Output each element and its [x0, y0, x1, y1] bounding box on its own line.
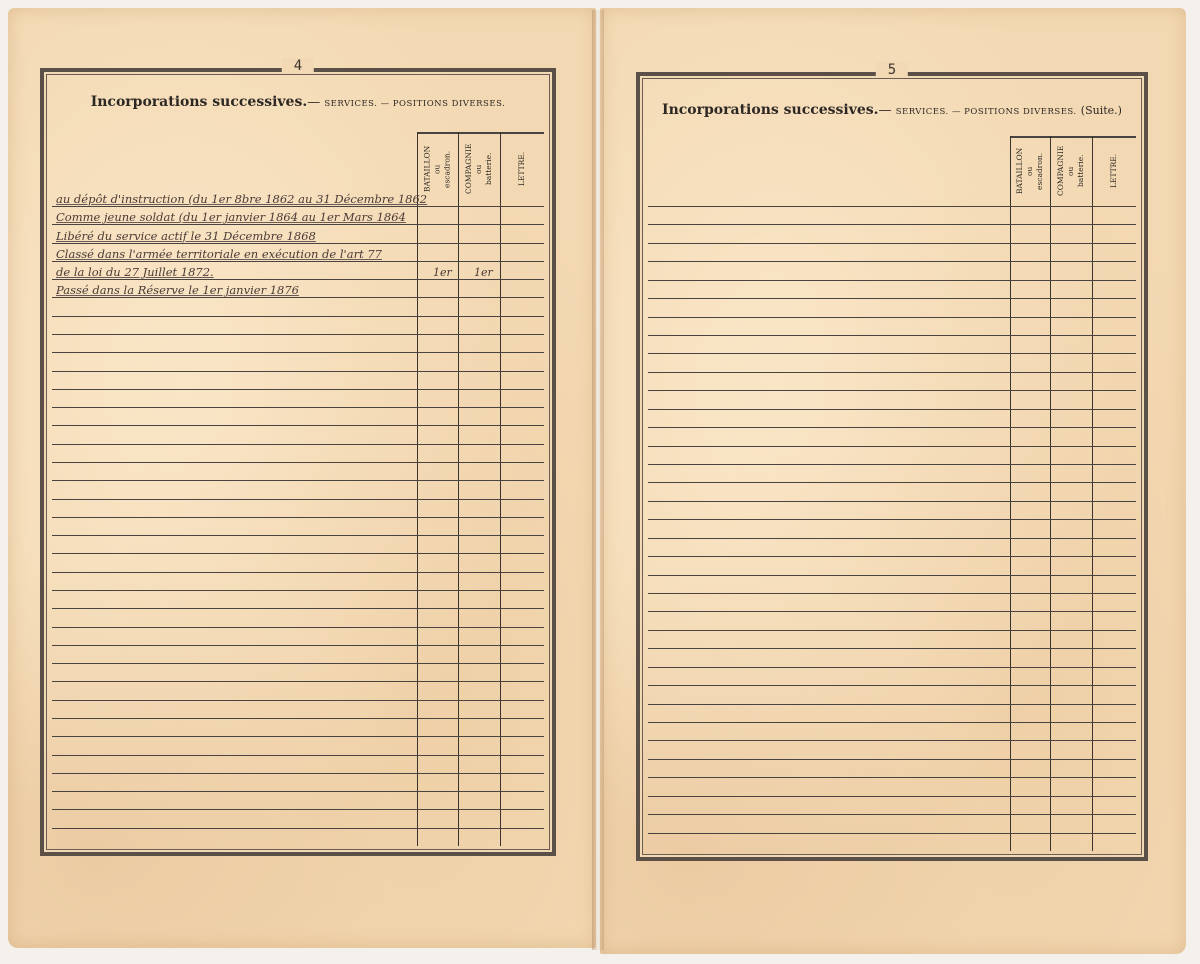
row-rule	[648, 722, 1136, 723]
page-number: 4	[282, 58, 314, 74]
row-rule	[648, 501, 1136, 502]
row-rule	[648, 685, 1136, 686]
row-rule	[52, 261, 544, 262]
title-sub: SERVICES. — POSITIONS DIVERSES.	[896, 107, 1077, 117]
row-rule	[648, 611, 1136, 612]
row-rule	[52, 681, 544, 682]
row-rule	[52, 462, 544, 463]
row-rule	[52, 773, 544, 774]
row-rule	[52, 316, 544, 317]
row-rule	[52, 718, 544, 719]
handwritten-entry: de la loi du 27 Juillet 1872.	[56, 265, 214, 279]
row-rule	[648, 814, 1136, 815]
column-divider	[500, 132, 501, 846]
row-rule	[648, 427, 1136, 428]
row-rule	[52, 371, 544, 372]
row-rule	[52, 499, 544, 500]
row-rule	[52, 297, 544, 298]
column-header: COMPAGNIE ou batterie.	[1050, 138, 1092, 204]
cell-entry: 1er	[474, 266, 493, 279]
column-header: LETTRE.	[1092, 138, 1136, 204]
row-rule	[52, 828, 544, 829]
row-rule	[52, 243, 544, 244]
row-rule	[52, 444, 544, 445]
row-rule	[648, 372, 1136, 373]
row-rule	[52, 407, 544, 408]
row-rule	[52, 334, 544, 335]
row-rule	[648, 630, 1136, 631]
row-rule	[648, 648, 1136, 649]
title-suffix: (Suite.)	[1081, 104, 1122, 117]
row-rule	[648, 538, 1136, 539]
book-gutter	[592, 10, 604, 950]
column-header: COMPAGNIE ou batterie.	[458, 134, 500, 204]
row-rule	[52, 791, 544, 792]
row-rule	[52, 279, 544, 280]
row-rule	[648, 409, 1136, 410]
row-rule	[648, 353, 1136, 354]
cell-entry: 1er	[433, 266, 452, 279]
ledger-table: BATAILLON ou escadron.COMPAGNIE ou batte…	[648, 136, 1136, 851]
row-rule	[52, 663, 544, 664]
row-rule	[52, 755, 544, 756]
row-rule	[648, 740, 1136, 741]
row-rule	[52, 535, 544, 536]
ledger-table: BATAILLON ou escadron.COMPAGNIE ou batte…	[52, 132, 544, 846]
row-rule	[648, 777, 1136, 778]
title-main: Incorporations successives.	[91, 94, 308, 110]
row-rule	[648, 593, 1136, 594]
row-rule	[648, 464, 1136, 465]
page-title: Incorporations successives.— SERVICES. —…	[640, 102, 1144, 118]
row-rule	[52, 206, 544, 207]
row-rule	[52, 627, 544, 628]
row-rule	[648, 556, 1136, 557]
row-rule	[52, 736, 544, 737]
page-title: Incorporations successives.— SERVICES. —…	[44, 94, 552, 110]
row-rule	[52, 645, 544, 646]
title-main: Incorporations successives.	[662, 102, 879, 118]
row-rule	[52, 425, 544, 426]
column-header: LETTRE.	[500, 134, 544, 204]
row-rule	[648, 335, 1136, 336]
left-page-frame: 4 Incorporations successives.— SERVICES.…	[40, 68, 556, 856]
row-rule	[52, 224, 544, 225]
row-rule	[648, 317, 1136, 318]
row-rule	[52, 700, 544, 701]
column-divider	[458, 132, 459, 846]
row-rule	[52, 809, 544, 810]
row-rule	[52, 389, 544, 390]
row-rule	[648, 667, 1136, 668]
page-number: 5	[876, 62, 908, 78]
row-rule	[648, 243, 1136, 244]
column-divider	[417, 132, 418, 846]
row-rule	[648, 833, 1136, 834]
row-rule	[52, 352, 544, 353]
row-rule	[648, 224, 1136, 225]
row-rule	[648, 390, 1136, 391]
row-rule	[648, 298, 1136, 299]
row-rule	[52, 480, 544, 481]
row-rule	[52, 553, 544, 554]
handwritten-entry: Passé dans la Réserve le 1er janvier 187…	[56, 283, 299, 297]
row-rule	[648, 446, 1136, 447]
row-rule	[648, 575, 1136, 576]
handwritten-entry: Classé dans l'armée territoriale en exéc…	[56, 247, 382, 261]
row-rule	[52, 517, 544, 518]
right-page-frame: 5 Incorporations successives.— SERVICES.…	[636, 72, 1148, 861]
row-rule	[648, 519, 1136, 520]
row-rule	[648, 280, 1136, 281]
title-sub: SERVICES. — POSITIONS DIVERSES.	[324, 99, 505, 109]
column-header: BATAILLON ou escadron.	[1010, 138, 1050, 204]
row-rule	[648, 261, 1136, 262]
handwritten-entry: au dépôt d'instruction (du 1er 8bre 1862…	[56, 192, 427, 206]
handwritten-entry: Libéré du service actif le 31 Décembre 1…	[56, 229, 316, 243]
row-rule	[648, 704, 1136, 705]
row-rule	[648, 759, 1136, 760]
row-rule	[52, 608, 544, 609]
handwritten-entry: Comme jeune soldat (du 1er janvier 1864 …	[56, 210, 406, 224]
row-rule	[52, 590, 544, 591]
row-rule	[648, 796, 1136, 797]
row-rule	[648, 206, 1136, 207]
row-rule	[648, 482, 1136, 483]
row-rule	[52, 572, 544, 573]
